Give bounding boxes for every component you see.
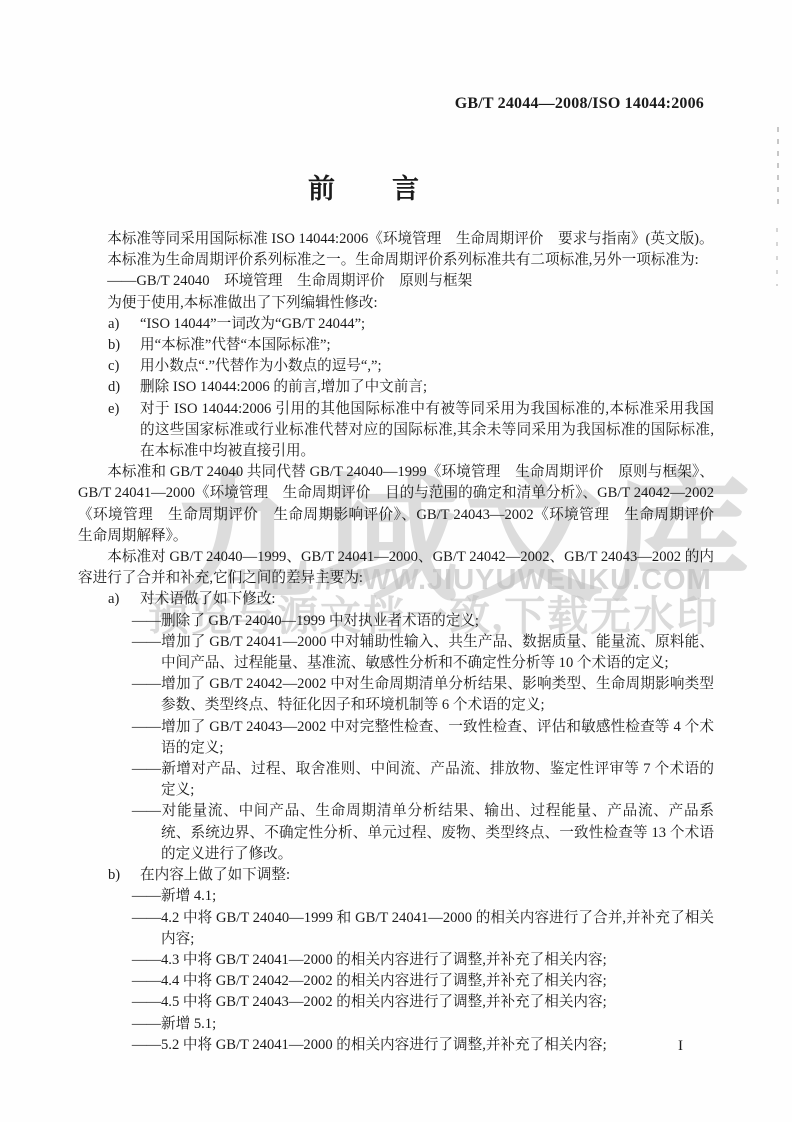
series-reference-line: ——GB/T 24040 环境管理 生命周期评价 原则与框架 xyxy=(78,271,714,292)
list-item: d) 删除 ISO 14044:2006 的前言,增加了中文前言; xyxy=(78,377,714,398)
list-item-label: b) xyxy=(108,865,120,886)
dash-sub-item: ——4.5 中将 GB/T 24043—2002 的相关内容进行了调整,并补充了… xyxy=(78,992,714,1013)
page-title: 前 言 xyxy=(0,167,728,206)
list-item-label: b) xyxy=(108,335,120,356)
paragraph-diff: 本标准对 GB/T 24040—1999、GB/T 24041—2000、GB/… xyxy=(78,547,714,589)
standard-code-header: GB/T 24044—2008/ISO 14044:2006 xyxy=(455,95,704,113)
list-item: a) “ISO 14044”一词改为“GB/T 24044”; xyxy=(78,314,714,335)
foreword-body: 本标准等同采用国际标准 ISO 14044:2006《环境管理 生命周期评价 要… xyxy=(78,229,714,1056)
list-item-text: 对术语做了如下修改: xyxy=(140,591,275,607)
dash-sub-item: ——新增 5.1; xyxy=(78,1014,714,1035)
edit-intro-line: 为便于使用,本标准做出了下列编辑性修改: xyxy=(78,293,714,314)
list-item-label: a) xyxy=(108,314,119,335)
dash-sub-item: ——增加了 GB/T 24041—2000 中对辅助性输入、共生产品、数据质量、… xyxy=(78,632,714,674)
dash-sub-item: ——4.4 中将 GB/T 24042—2002 的相关内容进行了调整,并补充了… xyxy=(78,971,714,992)
paragraph-series: 本标准为生命周期评价系列标准之一。生命周期评价系列标准共有二项标准,另外一项标准… xyxy=(78,250,714,271)
list-item-text: 用小数点“.”代替作为小数点的逗号“,”; xyxy=(140,358,382,374)
dash-sub-item: ——5.2 中将 GB/T 24041—2000 的相关内容进行了调整,并补充了… xyxy=(78,1035,714,1056)
list-item: e) 对于 ISO 14044:2006 引用的其他国际标准中有被等同采用为我国… xyxy=(78,399,714,463)
list-item-label: c) xyxy=(108,356,119,377)
document-page: GB/T 24044—2008/ISO 14044:2006 前 言 本标准等同… xyxy=(0,0,792,1122)
list-item-label: a) xyxy=(108,589,119,610)
dash-sub-item: ——对能量流、中间产品、生命周期清单分析结果、输出、过程能量、产品流、产品系统、… xyxy=(78,801,714,865)
dash-sub-item: ——4.2 中将 GB/T 24040—1999 和 GB/T 24041—20… xyxy=(78,908,714,950)
dash-sub-item: ——4.3 中将 GB/T 24041—2000 的相关内容进行了调整,并补充了… xyxy=(78,950,714,971)
list-item: b) 用“本标准”代替“本国际标准”; xyxy=(78,335,714,356)
dash-sub-item: ——新增 4.1; xyxy=(78,886,714,907)
dash-sub-item: ——增加了 GB/T 24043—2002 中对完整性检查、一致性检查、评估和敏… xyxy=(78,717,714,759)
dash-sub-item: ——删除了 GB/T 24040—1999 中对执业者术语的定义; xyxy=(78,611,714,632)
dash-sub-item: ——新增对产品、过程、取舍准则、中间流、产品流、排放物、鉴定性评审等 7 个术语… xyxy=(78,759,714,801)
list-item-text: 删除 ISO 14044:2006 的前言,增加了中文前言; xyxy=(140,379,427,395)
list-item-label: e) xyxy=(108,399,119,420)
paragraph-replace: 本标准和 GB/T 24040 共同代替 GB/T 24040—1999《环境管… xyxy=(78,462,714,547)
page-number: I xyxy=(678,1038,684,1055)
paragraph-adoption: 本标准等同采用国际标准 ISO 14044:2006《环境管理 生命周期评价 要… xyxy=(78,229,714,250)
list-item-text: “ISO 14044”一词改为“GB/T 24044”; xyxy=(140,316,365,332)
list-item-text: 对于 ISO 14044:2006 引用的其他国际标准中有被等同采用为我国标准的… xyxy=(140,401,714,459)
list-item: a) 对术语做了如下修改: xyxy=(78,589,714,610)
list-item-label: d) xyxy=(108,377,120,398)
list-item: b) 在内容上做了如下调整: xyxy=(78,865,714,886)
list-item: c) 用小数点“.”代替作为小数点的逗号“,”; xyxy=(78,356,714,377)
dash-sub-item: ——增加了 GB/T 24042—2002 中对生命周期清单分析结果、影响类型、… xyxy=(78,674,714,716)
list-item-text: 用“本标准”代替“本国际标准”; xyxy=(140,337,331,353)
list-item-text: 在内容上做了如下调整: xyxy=(140,867,290,883)
